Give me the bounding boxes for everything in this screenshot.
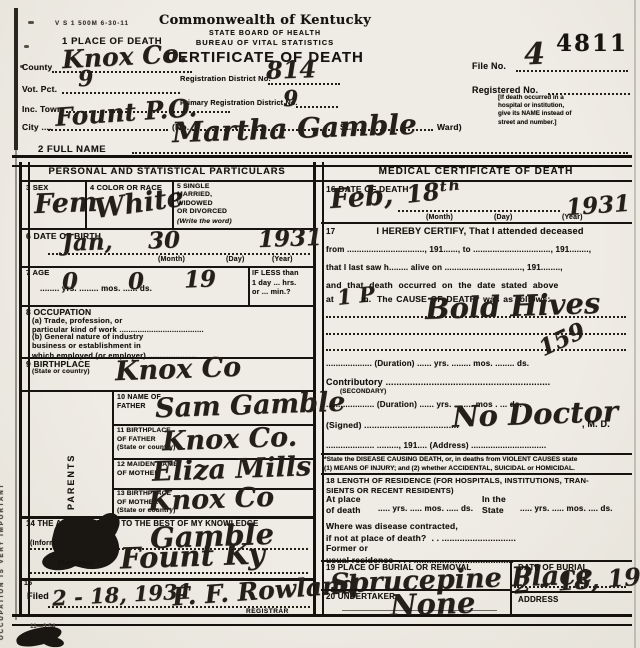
medical-title: MEDICAL CERTIFICATE OF DEATH	[322, 166, 630, 178]
state-board-line: STATE BOARD OF HEALTH	[150, 30, 380, 38]
mother-birthplace-handwritten: Knox Co	[148, 484, 275, 515]
county-label: County	[22, 62, 52, 72]
age-label: 7 AGE	[26, 269, 50, 278]
dob-day-handwritten: 30	[148, 228, 181, 252]
year-sublabel: (Year)	[562, 214, 583, 222]
birthplace-handwritten: Knox Co	[115, 354, 242, 385]
dotted-line	[398, 210, 560, 212]
rule	[321, 222, 632, 224]
age-years-handwritten: 0	[62, 270, 79, 294]
primary-district-label: Primary Registration District No.	[180, 99, 298, 107]
serial-number: 4811	[556, 30, 628, 57]
year-sublabel: (Year)	[272, 256, 293, 264]
if-less-label: IF LESS than 1 day ... hrs. or ... min.?	[252, 268, 299, 297]
m-label: m.	[361, 294, 371, 304]
age-months-handwritten: 0	[128, 270, 145, 294]
day-sublabel: (Day)	[494, 214, 513, 222]
vot-pct-label: Vot. Pct.	[22, 84, 57, 94]
undertaker-label: 20 UNDERTAKER	[326, 592, 395, 601]
registrar-label: REGISTRAR	[246, 608, 289, 616]
sex-handwritten: Fem	[34, 189, 98, 218]
residence-units-1: ..... yrs. ..... mos. ..... ds.	[378, 504, 478, 513]
file-no-handwritten: 4	[523, 40, 545, 71]
ink-blob	[41, 636, 64, 648]
dotted-line	[48, 253, 310, 255]
dob-month-handwritten: Jan,	[62, 230, 113, 255]
full-name-label: 2 FULL NAME	[38, 144, 106, 155]
form-code: V S 1 500M 6-30-11	[55, 20, 129, 27]
father-birthplace-handwritten: Knox Co.	[162, 424, 298, 456]
dotted-line	[30, 572, 308, 574]
death-month-handwritten: Feb,	[329, 182, 394, 213]
certify-label: I HEREBY CERTIFY, That I attended deceas…	[330, 226, 630, 237]
marital-hint: (Write the word)	[177, 218, 232, 226]
dotted-line	[52, 71, 192, 73]
signed-address-line: .................... ........., 191.... …	[326, 441, 628, 450]
duration-line: ................... (Duration) ...... yr…	[326, 359, 628, 368]
rule	[321, 453, 632, 455]
binding-edge	[14, 8, 18, 150]
parents-label: PARENTS	[66, 398, 76, 510]
scan-speck	[28, 21, 34, 24]
scan-speck	[24, 45, 29, 48]
hospital-note: [If death occurred in a hospital or inst…	[498, 94, 571, 127]
cause-footnote: *State the DISEASE CAUSING DEATH, or, in…	[324, 456, 631, 474]
dotted-line	[132, 152, 628, 154]
dotted-line	[514, 586, 626, 588]
rule	[510, 560, 512, 616]
month-sublabel: (Month)	[426, 214, 453, 222]
age-days-handwritten: 19	[184, 267, 217, 291]
rule	[342, 610, 497, 611]
contracted-label: Where was disease contracted, if not at …	[326, 521, 628, 545]
vot-pct-handwritten: 9	[78, 68, 94, 91]
dotted-line	[516, 70, 628, 72]
residence-label: 18 LENGTH OF RESIDENCE (FOR HOSPITALS, I…	[326, 476, 630, 496]
month-sublabel: (Month)	[158, 256, 185, 264]
binding-edge-faint	[15, 150, 17, 620]
rule	[321, 473, 632, 475]
informant-address-handwritten: Fount Ky	[120, 539, 266, 573]
duration-handwritten: 159	[535, 319, 588, 360]
secondary-label: (SECONDARY)	[340, 388, 386, 395]
undertaker-handwritten: None	[390, 589, 476, 621]
dotted-line	[326, 349, 626, 351]
certify-from-line: from ................................, 1…	[326, 245, 628, 254]
filed-number: 15	[24, 580, 32, 588]
father-name-handwritten: Sam Gamble	[155, 389, 346, 423]
death-certificate-scan: OCCUPATION IS VERY IMPORTANT V S 1 500M …	[0, 0, 640, 648]
residence-units-2: ..... yrs. ..... mos. .... ds.	[520, 504, 628, 513]
rule	[85, 182, 87, 228]
ward-label: Ward)	[437, 122, 462, 132]
dotted-line	[268, 83, 340, 85]
dotted-line	[296, 106, 338, 108]
filed-label: Filed	[27, 591, 49, 602]
dotted-line	[48, 129, 168, 131]
dotted-line	[62, 92, 180, 94]
contributory-line: Contributory ...........................…	[326, 377, 628, 388]
registration-district-label: Registration District No.	[180, 75, 271, 84]
rule	[19, 180, 632, 182]
at-label: at	[326, 294, 334, 304]
file-no-label: File No.	[472, 61, 506, 72]
death-day-handwritten: 18ᵗʰ	[405, 177, 462, 207]
in-state-label: In the State	[482, 494, 506, 516]
birthplace-sublabel: (State or country)	[32, 368, 90, 376]
commonwealth-title: Commonwealth of Kentucky	[150, 13, 380, 28]
undertaker-address-label: ADDRESS	[518, 595, 559, 604]
rule	[510, 591, 632, 593]
margin-vertical-note: OCCUPATION IS VERY IMPORTANT	[0, 250, 5, 640]
registration-district-handwritten: 814	[266, 57, 317, 83]
dotted-line	[326, 316, 626, 318]
full-name-handwritten: Martha Gamble	[172, 111, 418, 148]
mother-name-handwritten: Eliza Mills	[152, 453, 312, 486]
certify-last-saw-line: that I last saw h........ alive on .....…	[326, 263, 628, 272]
rule	[112, 390, 114, 517]
personal-title: PERSONAL AND STATISTICAL PARTICULARS	[19, 166, 315, 177]
at-place-label: At place of death	[326, 494, 361, 516]
md-label: , M. D.	[582, 419, 610, 430]
day-sublabel: (Day)	[226, 256, 245, 264]
address-label: (Address)	[58, 560, 92, 568]
dob-year-handwritten: 1931	[258, 226, 323, 251]
rule	[248, 266, 250, 305]
marital-label: 5 SINGLE MARRIED, WIDOWED OR DIVORCED	[177, 183, 227, 217]
rule	[12, 614, 632, 626]
rule	[172, 182, 174, 228]
scan-edge-right	[634, 0, 636, 648]
